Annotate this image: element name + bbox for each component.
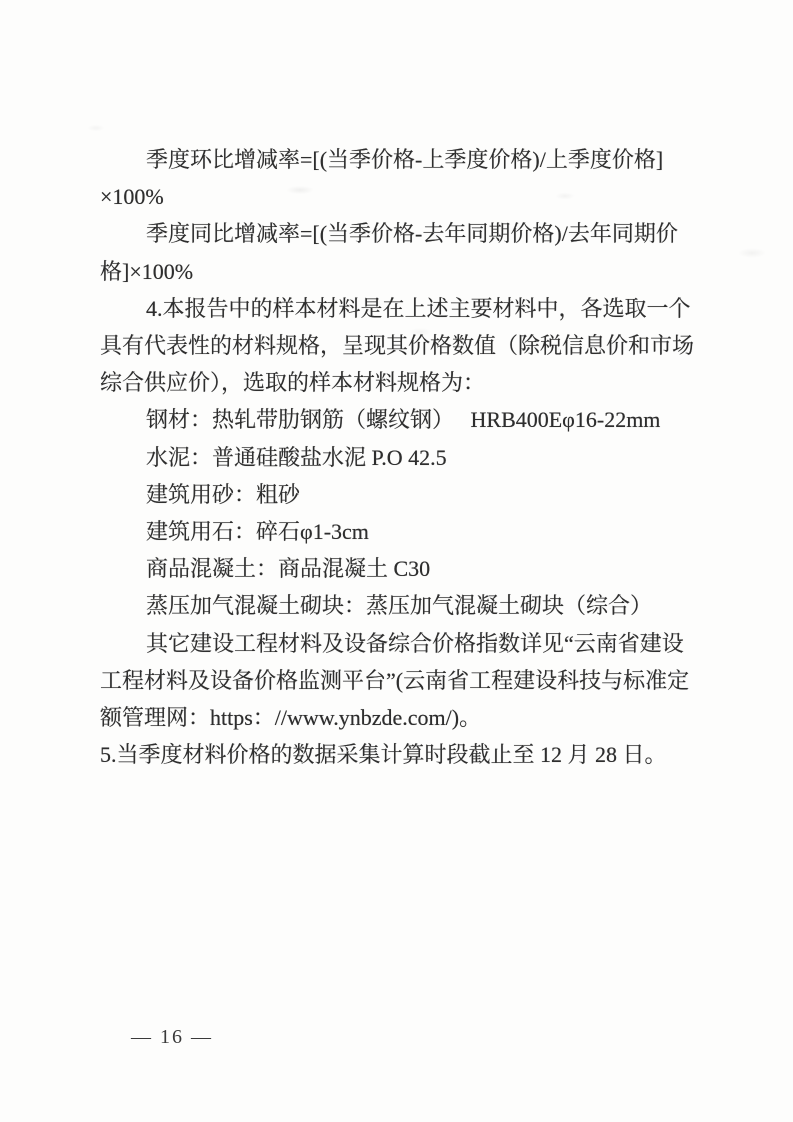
formula-qoq-rate-line2: ×100% (100, 178, 700, 215)
page-number: — 16 — (131, 1026, 213, 1049)
sample-spec-sand: 建筑用砂：粗砂 (100, 476, 700, 513)
document-text-block: 季度环比增减率=[(当季价格-上季度价格)/上季度价格] ×100% 季度同比增… (100, 141, 700, 773)
note4-sample-materials-line1: 4.本报告中的样本材料是在上述主要材料中，各选取一个 (100, 290, 700, 327)
note4-sample-materials-line3: 综合供应价），选取的样本材料规格为： (100, 364, 700, 401)
scanned-document-page: 季度环比增减率=[(当季价格-上季度价格)/上季度价格] ×100% 季度同比增… (0, 0, 793, 1122)
sample-spec-concrete: 商品混凝土：商品混凝土 C30 (100, 550, 700, 587)
sample-spec-aac-block: 蒸压加气混凝土砌块：蒸压加气混凝土砌块（综合） (100, 587, 700, 624)
sample-spec-cement: 水泥：普通硅酸盐水泥 P.O 42.5 (100, 439, 700, 476)
sample-spec-steel: 钢材：热轧带肋钢筋（螺纹钢） HRB400Eφ16-22mm (100, 401, 700, 438)
note5-data-collection-cutoff: 5.当季度材料价格的数据采集计算时段截止至 12 月 28 日。 (100, 736, 700, 773)
other-materials-platform-url-line: 额管理网：https：//www.ynbzde.com/)。 (100, 699, 700, 736)
other-materials-platform-line2: 工程材料及设备价格监测平台”(云南省工程建设科技与标准定 (100, 662, 700, 699)
sample-spec-stone: 建筑用石：碎石φ1-3cm (100, 513, 700, 550)
other-materials-platform-line1: 其它建设工程材料及设备综合价格指数详见“云南省建设 (100, 625, 700, 662)
formula-yoy-rate-line2: 格]×100% (100, 253, 700, 290)
note4-sample-materials-line2: 具有代表性的材料规格，呈现其价格数值（除税信息价和市场 (100, 327, 700, 364)
formula-qoq-rate-line1: 季度环比增减率=[(当季价格-上季度价格)/上季度价格] (100, 141, 700, 178)
formula-yoy-rate-line1: 季度同比增减率=[(当季价格-去年同期价格)/去年同期价 (100, 215, 700, 252)
